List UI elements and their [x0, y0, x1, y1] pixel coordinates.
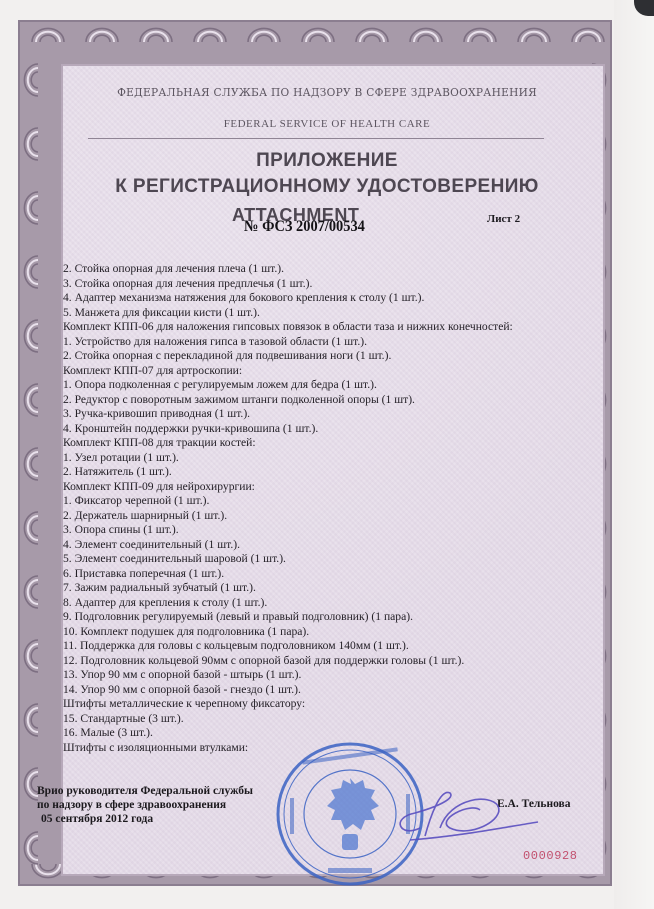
list-item: 6. Приставка поперечная (1 шт.). [63, 567, 513, 582]
serial-number: 0000928 [523, 849, 578, 863]
list-item: 11. Поддержка для головы с кольцевым под… [63, 639, 513, 654]
list-item: 1. Фиксатор черепной (1 шт.). [63, 494, 513, 509]
equipment-list: 2. Стойка опорная для лечения плеча (1 ш… [63, 262, 513, 755]
registration-number: № ФСЗ 2007/00534 [244, 218, 365, 236]
agency-name-ru: ФЕДЕРАЛЬНАЯ СЛУЖБА ПО НАДЗОРУ В СФЕРЕ ЗД… [26, 85, 628, 99]
list-item: 8. Адаптер для крепления к столу (1 шт.)… [63, 596, 513, 611]
list-item: 3. Ручка-кривошип приводная (1 шт.). [63, 407, 513, 422]
document-title: ПРИЛОЖЕНИЕ [0, 150, 654, 172]
list-item: 2. Редуктор с поворотным зажимом штанги … [63, 393, 513, 408]
signing-date: 05 сентября 2012 года [37, 812, 253, 826]
list-item: 1. Узел ротации (1 шт.). [63, 451, 513, 466]
list-item: 9. Подголовник регулируемый (левый и пра… [63, 610, 513, 625]
document-subtitle: К РЕГИСТРАЦИОННОМУ УДОСТОВЕРЕНИЮ [0, 176, 654, 198]
list-item: 2. Стойка опорная для лечения плеча (1 ш… [63, 262, 513, 277]
list-item: 1. Опора подколенная с регулируемым ложе… [63, 378, 513, 393]
list-item: 2. Натяжитель (1 шт.). [63, 465, 513, 480]
list-item: 10. Комплект подушек для подголовника (1… [63, 625, 513, 640]
list-item: Комплект КПП-07 для артроскопии: [63, 364, 513, 379]
list-item: 13. Упор 90 мм с опорной базой - штырь (… [63, 668, 513, 683]
signatory-block: Врио руководителя Федеральной службы по … [37, 784, 253, 826]
signatory-title-line2: по надзору в сфере здравоохранения [37, 798, 253, 812]
sheet-number: Лист 2 [487, 213, 520, 225]
list-item: 15. Стандартные (3 шт.). [63, 712, 513, 727]
agency-name-en: FEDERAL SERVICE OF HEALTH CARE [0, 118, 654, 130]
list-item: 5. Манжета для фиксации кисти (1 шт.). [63, 306, 513, 321]
header-divider [88, 138, 544, 139]
list-item: 7. Зажим радиальный зубчатый (1 шт.). [63, 581, 513, 596]
signatory-title-line1: Врио руководителя Федеральной службы [37, 784, 253, 798]
list-item: 5. Элемент соединительный шаровой (1 шт.… [63, 552, 513, 567]
list-item: Комплект КПП-09 для нейрохирургии: [63, 480, 513, 495]
list-item: 1. Устройство для наложения гипса в тазо… [63, 335, 513, 350]
list-item: Штифты металлические к черепному фиксато… [63, 697, 513, 712]
list-item: 2. Стойка опорная с перекладиной для под… [63, 349, 513, 364]
list-item: 3. Стойка опорная для лечения предплечья… [63, 277, 513, 292]
list-item: 3. Опора спины (1 шт.). [63, 523, 513, 538]
list-item: 4. Адаптер механизма натяжения для боков… [63, 291, 513, 306]
page-margin [614, 0, 654, 909]
list-item: 14. Упор 90 мм с опорной базой - гнездо … [63, 683, 513, 698]
list-item: 4. Элемент соединительный (1 шт.). [63, 538, 513, 553]
list-item: Комплект КПП-06 для наложения гипсовых п… [63, 320, 513, 335]
list-item: Комплект КПП-08 для тракции костей: [63, 436, 513, 451]
signature-icon [380, 788, 540, 848]
list-item: 2. Держатель шарнирный (1 шт.). [63, 509, 513, 524]
list-item: 12. Подголовник кольцевой 90мм с опорной… [63, 654, 513, 669]
list-item: 4. Кронштейн поддержки ручки-кривошипа (… [63, 422, 513, 437]
